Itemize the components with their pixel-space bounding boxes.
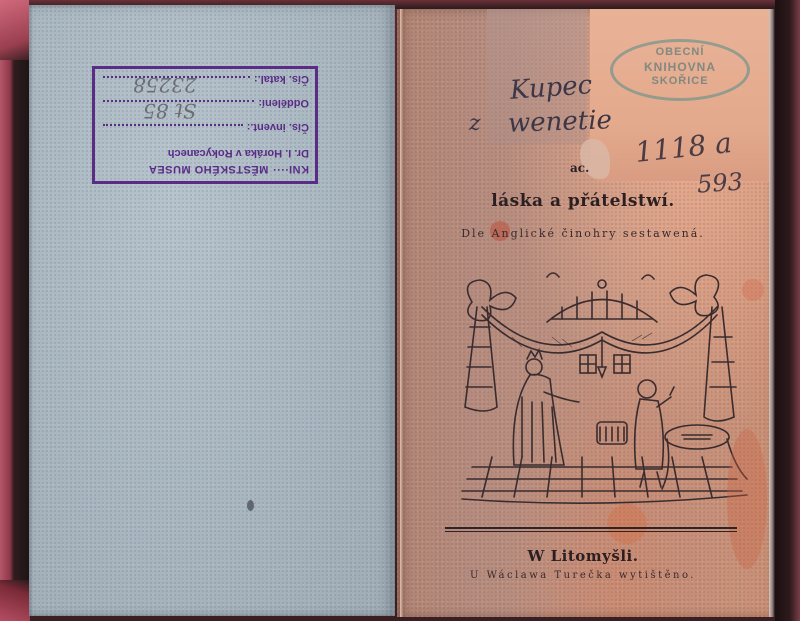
stamp-field-label: Oddělení: (258, 97, 309, 109)
stamp-field-label: Čís. invent.: (247, 121, 309, 133)
stain (607, 504, 647, 544)
museum-ownership-stamp: KNI···· MĚSTSKÉHO MUSEA Dr. I. Horáka v … (92, 66, 318, 184)
woodcut-illustration (452, 267, 752, 507)
library-stamp-line-2: KNIHOVNA (613, 61, 747, 73)
handwritten-title-prefix: z (469, 111, 481, 136)
printed-subtitle: Dle Anglické činohry sestawená. (397, 227, 769, 240)
printed-title: láska a přátelstwí. (397, 191, 769, 211)
stamp-org-line-1: KNI···· MĚSTSKÉHO MUSEA (148, 163, 309, 175)
stamp-field-catalog: Čís. katal.: 23258 (103, 73, 309, 89)
horizontal-rule (445, 527, 737, 532)
handwritten-department: St 85 (143, 99, 197, 123)
left-endpaper: KNI···· MĚSTSKÉHO MUSEA Dr. I. Horáka v … (29, 5, 395, 616)
stamp-field-label: Čís. katal.: (254, 73, 309, 85)
handwritten-catalog-number: 23258 (133, 73, 197, 97)
printed-mark: ac. (570, 161, 589, 175)
binding-right-edge (775, 0, 800, 621)
binding-corner-top (0, 0, 30, 60)
handwritten-title-line-1: Kupec (509, 70, 593, 106)
library-oval-stamp: OBECNÍ KNIHOVNA SKOŘICE (610, 39, 750, 101)
library-stamp-line-1: OBECNÍ (613, 47, 747, 58)
page-fold (400, 9, 403, 617)
stamp-field-department: Oddělení: St 85 (103, 97, 309, 113)
stamp-org-line-2: Dr. I. Horáka v Rokycanech (168, 147, 309, 159)
handwritten-title-line-2: wenetie (508, 105, 613, 139)
stamp-field-dotted-line (103, 124, 243, 126)
library-stamp-line-3: SKOŘICE (613, 76, 747, 87)
imprint-printer: U Wáclawa Turečka wytištěno. (397, 570, 769, 581)
imprint-place: W Litomyšli. (397, 547, 769, 565)
stamp-field-inventory: Čís. invent.: (103, 121, 309, 137)
binding-corner-bottom (0, 580, 30, 621)
ink-spot (247, 500, 254, 511)
title-page: OBECNÍ KNIHOVNA SKOŘICE Kupec z wenetie … (397, 9, 769, 617)
